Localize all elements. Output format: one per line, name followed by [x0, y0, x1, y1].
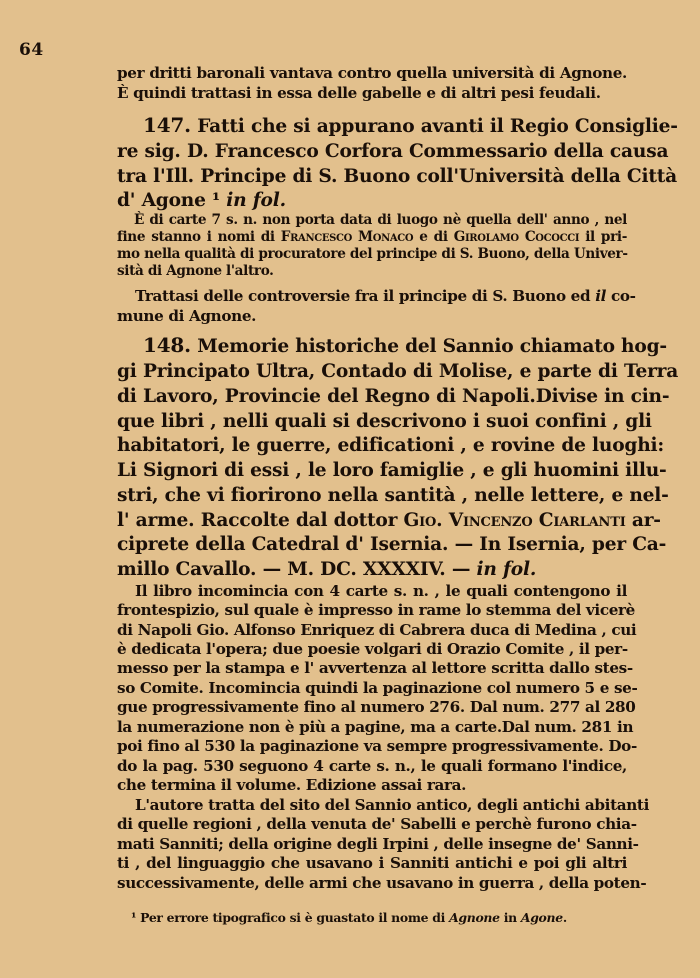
entry-147-note-line-2: fine stanno i nomi di Francesco Monaco e… [117, 229, 627, 246]
entry-147-title-line-1: 147. Fatti che si appurano avanti il Reg… [117, 112, 627, 140]
author-name: Gio. Vincenzo Ciarlanti [404, 510, 626, 531]
entry-148-para1-line-4: è dedicata l'opera; due poesie volgari d… [117, 640, 627, 659]
person-name: Francesco Monaco [281, 229, 413, 245]
entry-147-title-line-3: tra l'Ill. Principe di S. Buono coll'Uni… [117, 163, 627, 190]
intro-line-2: È quindi trattasi in essa delle gabelle … [117, 84, 627, 103]
entry-148-para1-line-7: gue progressivamente fino al numero 276.… [117, 698, 627, 717]
entry-147-number: 147. [143, 113, 191, 137]
entry-148-para2-line-4: ti , del linguaggio che usavano i Sannit… [117, 854, 627, 873]
entry-148-title-line-9: ciprete della Catedral d' Isernia. — In … [117, 531, 627, 558]
entry-148-title-line-3: di Lavoro, Provincie del Regno di Napoli… [117, 383, 627, 410]
entry-148-para1-line-2: frontespizio, sul quale è impresso in ra… [117, 601, 627, 620]
person-name: Girolamo Cococci [454, 229, 579, 245]
entry-147-para-line-1: Trattasi delle controversie fra il princ… [117, 287, 627, 306]
entry-148-format: in fol. [477, 559, 537, 580]
entry-148-para1-line-11: che termina il volume. Edizione assai ra… [117, 776, 627, 795]
entry-148-number: 148. [143, 333, 191, 357]
entry-147-title-line-4: d' Agone ¹ in fol. [117, 187, 627, 214]
entry-148-para1-line-6: so Comite. Incomincia quindi la paginazi… [117, 679, 627, 698]
page-number: 64 [19, 40, 44, 60]
entry-148-para1-line-9: poi fino al 530 la paginazione va sempre… [117, 737, 627, 756]
intro-line-1: per dritti baronali vantava contro quell… [117, 64, 627, 83]
entry-148-para1-line-10: do la pag. 530 seguono 4 carte s. n., le… [117, 757, 627, 776]
footnote: ¹ Per errore tipografico si è guastato i… [117, 910, 627, 925]
entry-148-title-line-5: habitatori, le guerre, edificationi , e … [117, 432, 627, 459]
entry-148-title-line-4: que libri , nelli quali si descrivono i … [117, 408, 627, 435]
entry-147-note-line-3: mo nella qualità di procuratore del prin… [117, 246, 627, 263]
entry-148-para2-line-2: di quelle regioni , della venuta de' Sab… [117, 815, 627, 834]
footnote-reference: ¹ [212, 190, 220, 211]
entry-148-para1-line-8: la numerazione non è più a pagine, ma a … [117, 718, 627, 737]
entry-148-title-line-2: gi Principato Ultra, Contado di Molise, … [117, 358, 627, 385]
entry-148-title-line-6: Li Signori di essi , le loro famiglie , … [117, 457, 627, 484]
entry-147-note-line-1: È di carte 7 s. n. non porta data di luo… [117, 212, 627, 229]
entry-147-format: in fol. [226, 190, 286, 211]
entry-148-para1-line-3: di Napoli Gio. Alfonso Enriquez di Cabre… [117, 621, 627, 640]
entry-147-para-line-2: mune di Agnone. [117, 307, 627, 326]
entry-148-para2-line-1: L'autore tratta del sito del Sannio anti… [117, 796, 627, 815]
entry-148-para2-line-3: mati Sanniti; della origine degli Irpini… [117, 835, 627, 854]
entry-147-title-line-2: re sig. D. Francesco Corfora Commessario… [117, 138, 627, 165]
entry-148-title-line-1: 148. Memorie historiche del Sannio chiam… [117, 332, 627, 360]
entry-148-para1-line-1: Il libro incomincia con 4 carte s. n. , … [117, 582, 627, 601]
entry-148-title-line-8: l' arme. Raccolte dal dottor Gio. Vincen… [117, 507, 627, 534]
entry-148-para1-line-5: messo per la stampa e l' avvertenza al l… [117, 659, 627, 678]
entry-148-title-line-10: millo Cavallo. — M. DC. XXXXIV. — in fol… [117, 556, 627, 583]
entry-148-para2-line-5: successivamente, delle armi che usavano … [117, 874, 627, 893]
entry-147-note-line-4: sità di Agnone l'altro. [117, 263, 627, 280]
entry-148-title-line-7: stri, che vi fiorirono nella santità , n… [117, 482, 627, 509]
